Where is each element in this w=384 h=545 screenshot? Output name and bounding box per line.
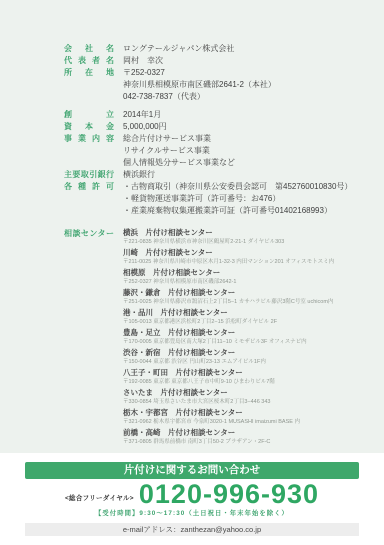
contact-banner: 片付けに関するお問い合わせ <box>25 462 359 479</box>
info-row-value: 2014年1月 <box>123 109 161 121</box>
center-list-item: 八王子・町田 片付け相談センター 〒192-0085 東京都 東京都八王子市中町… <box>123 368 334 386</box>
free-dial-label: <総合フリーダイヤル> <box>65 493 134 502</box>
info-row-label: 代表者名 <box>64 55 114 67</box>
centers-list: 横浜 片付け相談センター 〒221-0835 神奈川県横浜市神奈川区鶴屋町2-2… <box>123 228 334 448</box>
center-address: 〒105-0013 東京都港区浜松町2丁目2−15 浜松町ダイヤビル 2F <box>123 319 334 326</box>
center-name: 港・品川 片付け相談センター <box>123 308 334 317</box>
info-row-label: 各種許可 <box>64 181 114 217</box>
center-name: 藤沢・鎌倉 片付け相談センター <box>123 288 334 297</box>
center-list-item: 港・品川 片付け相談センター 〒105-0013 東京都港区浜松町2丁目2−15… <box>123 308 334 326</box>
info-row: 会社名 ロングテールジャパン株式会社 <box>64 43 374 55</box>
consultation-centers-row: 相談センター 横浜 片付け相談センター 〒221-0835 神奈川県横浜市神奈川… <box>64 228 374 448</box>
info-row-value: ロングテールジャパン株式会社 <box>123 43 234 55</box>
company-profile-page: 会社名 ロングテールジャパン株式会社 代表者名 岡村 幸次 所在地 〒252-0… <box>0 0 384 545</box>
center-name: 渋谷・新宿 片付け相談センター <box>123 348 334 357</box>
info-row-value: 岡村 幸次 <box>123 55 163 67</box>
center-list-item: 栃木・宇都宮 片付け相談センター 〒321-0962 栃木県宇都宮市 今泉町30… <box>123 408 334 426</box>
center-address: 〒211-0025 神奈川県川崎市中原区木月1-32-3 内田マンション201 … <box>123 259 334 266</box>
center-address: 〒321-0962 栃木県宇都宮市 今泉町3020-1 MUSASHI imai… <box>123 419 334 426</box>
center-list-item: 渋谷・新宿 片付け相談センター 〒150-0044 東京都 渋谷区 円山町23-… <box>123 348 334 366</box>
center-address: 〒221-0835 神奈川県横浜市神奈川区鶴屋町2-21-1 ダイヤビル303 <box>123 239 334 246</box>
phone-number[interactable]: 0120-996-930 <box>139 481 319 508</box>
info-row-value: 横浜銀行 <box>123 169 155 181</box>
center-name: 川崎 片付け相談センター <box>123 248 334 257</box>
center-list-item: 川崎 片付け相談センター 〒211-0025 神奈川県川崎市中原区木月1-32-… <box>123 248 334 266</box>
center-address: 〒192-0085 東京都 東京都八王子市中町9-10 ひまわりビル7階 <box>123 379 334 386</box>
center-name: さいたま 片付け相談センター <box>123 388 334 397</box>
info-row-value: 総合片付けサービス事業 リサイクルサービス事業 個人情報処分サービス事業など <box>123 133 235 169</box>
info-row-label: 主要取引銀行 <box>64 169 114 181</box>
center-list-item: 豊島・足立 片付け相談センター 〒170-0005 東京都豊島区南大塚2丁目11… <box>123 328 334 346</box>
center-list-item: 横浜 片付け相談センター 〒221-0835 神奈川県横浜市神奈川区鶴屋町2-2… <box>123 228 334 246</box>
contact-section: 片付けに関するお問い合わせ <総合フリーダイヤル> 0120-996-930 【… <box>0 453 384 545</box>
center-name: 栃木・宇都宮 片付け相談センター <box>123 408 334 417</box>
center-name: 八王子・町田 片付け相談センター <box>123 368 334 377</box>
info-row: 各種許可 ・古物商取引（神奈川県公安委員会認可 第452760010830号） … <box>64 181 374 217</box>
center-list-item: 藤沢・鎌倉 片付け相談センター 〒251-0025 神奈川県藤沢市鵠沼石上2丁目… <box>123 288 334 306</box>
info-row-label: 会社名 <box>64 43 114 55</box>
center-name: 相模原 片付け相談センター <box>123 268 334 277</box>
email-address[interactable]: e-mailアドレス：zanthezan@yahoo.co.jp <box>25 523 359 536</box>
center-list-item: さいたま 片付け相談センター 〒330-0854 埼玉県さいたま市大宮区桜木町2… <box>123 388 334 406</box>
center-address: 〒170-0005 東京都豊島区南大塚2丁目11−10 ミモザビル3F オフィス… <box>123 339 334 346</box>
center-address: 〒150-0044 東京都 渋谷区 円山町23-13 エムアイビル1F内 <box>123 359 334 366</box>
info-row: 所在地 〒252-0327 神奈川県相模原市南区磯部2641-2（本社） 042… <box>64 67 374 103</box>
info-row-value: 5,000,000円 <box>123 121 167 133</box>
center-address: 〒371-0805 群馬県前橋市 南町3丁目50-2 プラザアン・2F-C <box>123 439 334 446</box>
info-row: 事業内容 総合片付けサービス事業 リサイクルサービス事業 個人情報処分サービス事… <box>64 133 374 169</box>
info-row-label: 事業内容 <box>64 133 114 169</box>
info-row: 代表者名 岡村 幸次 <box>64 55 374 67</box>
center-name: 前橋・高崎 片付け相談センター <box>123 428 334 437</box>
info-row-value: 〒252-0327 神奈川県相模原市南区磯部2641-2（本社） 042-738… <box>123 67 276 103</box>
business-hours: 【受付時間】9:30～17:30（土日祝日・年末年始を除く） <box>0 508 384 517</box>
center-name: 横浜 片付け相談センター <box>123 228 334 237</box>
info-row-value: ・古物商取引（神奈川県公安委員会認可 第452760010830号） ・軽貨物運… <box>123 181 352 217</box>
center-address: 〒251-0025 神奈川県藤沢市鵠沼石上2丁目5−1 カサハラビル藤沢3階C号… <box>123 299 334 306</box>
center-address: 〒252-0327 神奈川県相模原市南区磯部2642-1 <box>123 279 334 286</box>
phone-row: <総合フリーダイヤル> 0120-996-930 <box>0 481 384 508</box>
info-row: 主要取引銀行 横浜銀行 <box>64 169 374 181</box>
center-list-item: 相模原 片付け相談センター 〒252-0327 神奈川県相模原市南区磯部2642… <box>123 268 334 286</box>
centers-label: 相談センター <box>64 228 114 448</box>
info-row-label: 資本金 <box>64 121 114 133</box>
info-row: 資本金 5,000,000円 <box>64 121 374 133</box>
company-info-section: 会社名 ロングテールジャパン株式会社 代表者名 岡村 幸次 所在地 〒252-0… <box>0 0 384 453</box>
info-row-label: 所在地 <box>64 67 114 103</box>
info-row-label: 創立 <box>64 109 114 121</box>
center-address: 〒330-0854 埼玉県さいたま市大宮区桜木町2丁目3−446 343 <box>123 399 334 406</box>
info-row: 創立 2014年1月 <box>64 109 374 121</box>
center-list-item: 前橋・高崎 片付け相談センター 〒371-0805 群馬県前橋市 南町3丁目50… <box>123 428 334 446</box>
center-name: 豊島・足立 片付け相談センター <box>123 328 334 337</box>
